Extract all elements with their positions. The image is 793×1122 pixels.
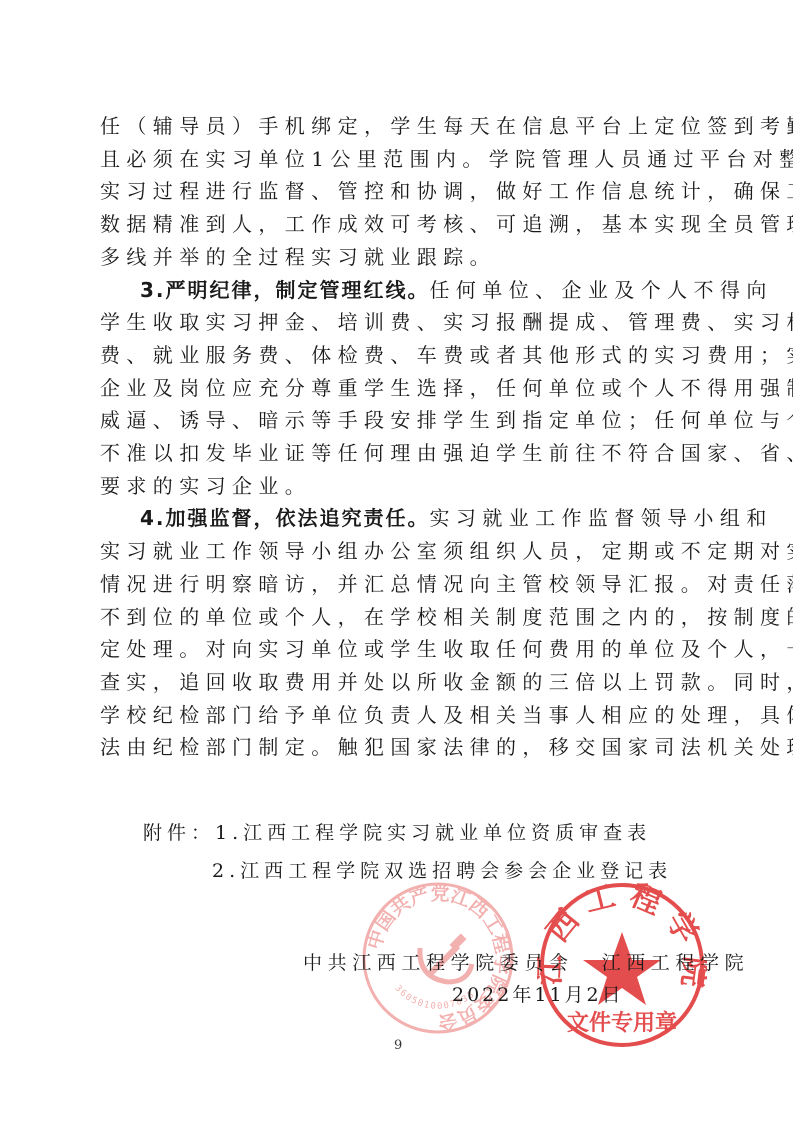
paragraph-supervision: 4.加强监督，依法追究责任。实习就业工作监督领导小组和 实习就业工作领导小组办公… — [100, 502, 698, 764]
text-line: 不准以扣发毕业证等任何理由强迫学生前往不符合国家、省、市 — [100, 437, 698, 470]
text-line: 费、就业服务费、体检费、车费或者其他形式的实习费用；实习 — [100, 339, 698, 372]
text-line: 定处理。对向实习单位或学生收取任何费用的单位及个人，一经 — [100, 633, 698, 666]
text-line: 数据精准到人，工作成效可考核、可追溯，基本实现全员管理、 — [100, 208, 698, 241]
text-line-lead: 4.加强监督，依法追究责任。实习就业工作监督领导小组和 — [100, 502, 698, 535]
text-line: 任（辅导员）手机绑定，学生每天在信息平台上定位签到考勤， — [100, 110, 698, 143]
paragraph-discipline: 3.严明纪律，制定管理红线。任何单位、企业及个人不得向 学生收取实习押金、培训费… — [100, 274, 698, 503]
section-heading-4: 4.加强监督，依法追究责任。 — [140, 506, 430, 530]
signature-date: 2022年11月2日 — [452, 980, 624, 1007]
document-body: 任（辅导员）手机绑定，学生每天在信息平台上定位签到考勤， 且必须在实习单位1公里… — [100, 110, 698, 764]
text-line: 要求的实习企业。 — [100, 470, 698, 503]
signature-block: 中共江西工程学院委员会江西工程学院 — [303, 948, 749, 975]
document-page: 任（辅导员）手机绑定，学生每天在信息平台上定位签到考勤， 且必须在实习单位1公里… — [0, 0, 793, 1122]
text-line: 实习就业工作监督领导小组和 — [430, 506, 773, 530]
attachments-label: 附件： — [143, 822, 215, 844]
text-line: 多线并举的全过程实习就业跟踪。 — [100, 241, 698, 274]
signatory-party-committee: 中共江西工程学院委员会 — [303, 952, 574, 974]
svg-text:文件专用章: 文件专用章 — [567, 1010, 677, 1036]
text-line: 且必须在实习单位1公里范围内。学院管理人员通过平台对整个 — [100, 143, 698, 176]
text-line: 实习过程进行监督、管控和协调，做好工作信息统计，确保工作 — [100, 175, 698, 208]
page-number: 9 — [394, 1038, 402, 1053]
section-heading-3: 3.严明纪律，制定管理红线。 — [140, 278, 430, 302]
text-line: 学生收取实习押金、培训费、实习报酬提成、管理费、实习材料 — [100, 306, 698, 339]
text-line: 任何单位、企业及个人不得向 — [430, 278, 773, 302]
text-line: 企业及岗位应充分尊重学生选择，任何单位或个人不得用强制、 — [100, 372, 698, 405]
text-line-lead: 3.严明纪律，制定管理红线。任何单位、企业及个人不得向 — [100, 274, 698, 307]
signatory-college: 江西工程学院 — [602, 952, 750, 974]
text-line: 实习就业工作领导小组办公室须组织人员，定期或不定期对实习 — [100, 535, 698, 568]
text-line: 法由纪检部门制定。触犯国家法律的，移交国家司法机关处理。 — [100, 731, 698, 764]
attachment-item-1: 附件：1.江西工程学院实习就业单位资质审查表 — [143, 814, 672, 852]
text-line: 学校纪检部门给予单位负责人及相关当事人相应的处理，具体办 — [100, 699, 698, 732]
text-line: 情况进行明察暗访，并汇总情况向主管校领导汇报。对责任落实 — [100, 568, 698, 601]
text-line: 查实，追回收取费用并处以所收金额的三倍以上罚款。同时，由 — [100, 666, 698, 699]
text-line: 威逼、诱导、暗示等手段安排学生到指定单位；任何单位与个人 — [100, 404, 698, 437]
text-line: 不到位的单位或个人，在学校相关制度范围之内的，按制度的规 — [100, 601, 698, 634]
paragraph-platform-tracking: 任（辅导员）手机绑定，学生每天在信息平台上定位签到考勤， 且必须在实习单位1公里… — [100, 110, 698, 274]
